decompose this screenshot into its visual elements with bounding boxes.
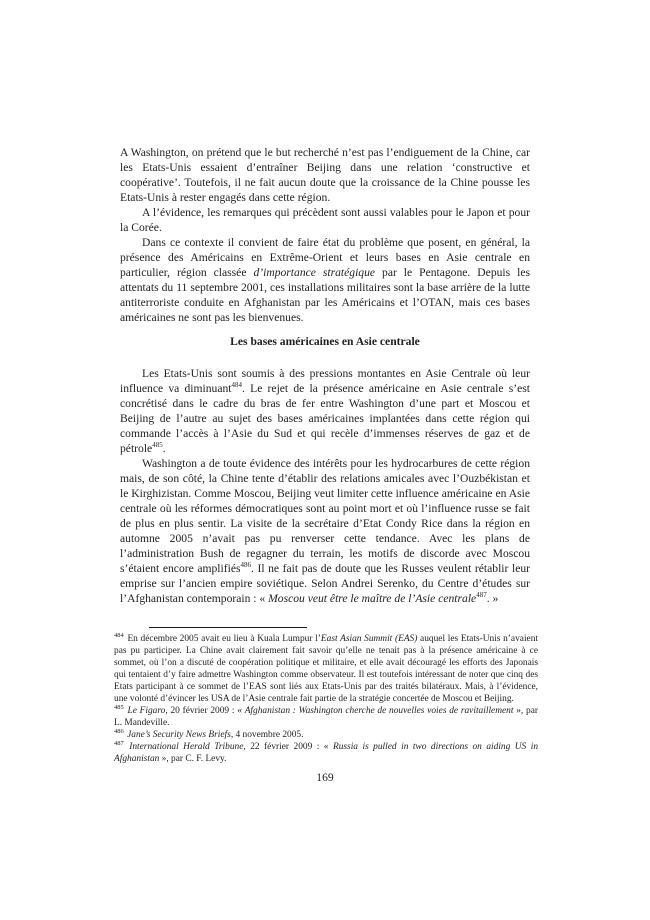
footnote: 485 Le Figaro, 20 février 2009 : « Afgha…: [114, 705, 538, 729]
footnotes-section: 484 En décembre 2005 avait eu lieu à Kua…: [114, 627, 538, 765]
footnote: 486 Jane’s Security News Briefs, 4 novem…: [114, 729, 538, 741]
footnote-reference: 484: [232, 381, 243, 389]
page-number: 169: [0, 771, 650, 784]
paragraph: Dans ce contexte il convient de faire ét…: [120, 235, 530, 325]
footnote-reference: 486: [240, 561, 251, 569]
section-heading: Les bases américaines en Asie centrale: [120, 334, 530, 349]
footnote: 487 International Herald Tribune, 22 fév…: [114, 741, 538, 765]
footnote-number: 484: [114, 632, 124, 639]
paragraph: A Washington, on prétend que le but rech…: [120, 145, 530, 205]
footnote: 484 En décembre 2005 avait eu lieu à Kua…: [114, 633, 538, 705]
footnote-list: 484 En décembre 2005 avait eu lieu à Kua…: [114, 633, 538, 765]
document-page: A Washington, on prétend que le but rech…: [0, 0, 650, 920]
footnote-reference: 485: [152, 441, 163, 449]
paragraph: A l’évidence, les remarques qui précèden…: [120, 205, 530, 235]
footnote-separator-rule: [149, 627, 307, 628]
body-text-block: A Washington, on prétend que le but rech…: [120, 145, 530, 606]
paragraphs-after-heading: Les Etats-Unis sont soumis à des pressio…: [120, 366, 530, 606]
footnote-reference: 487: [476, 591, 487, 599]
footnote-number: 486: [114, 728, 124, 735]
paragraph: Les Etats-Unis sont soumis à des pressio…: [120, 366, 530, 456]
footnote-number: 487: [114, 740, 124, 747]
paragraphs-top: A Washington, on prétend que le but rech…: [120, 145, 530, 325]
footnote-number: 485: [114, 704, 124, 711]
paragraph: Washington a de toute évidence des intér…: [120, 456, 530, 606]
